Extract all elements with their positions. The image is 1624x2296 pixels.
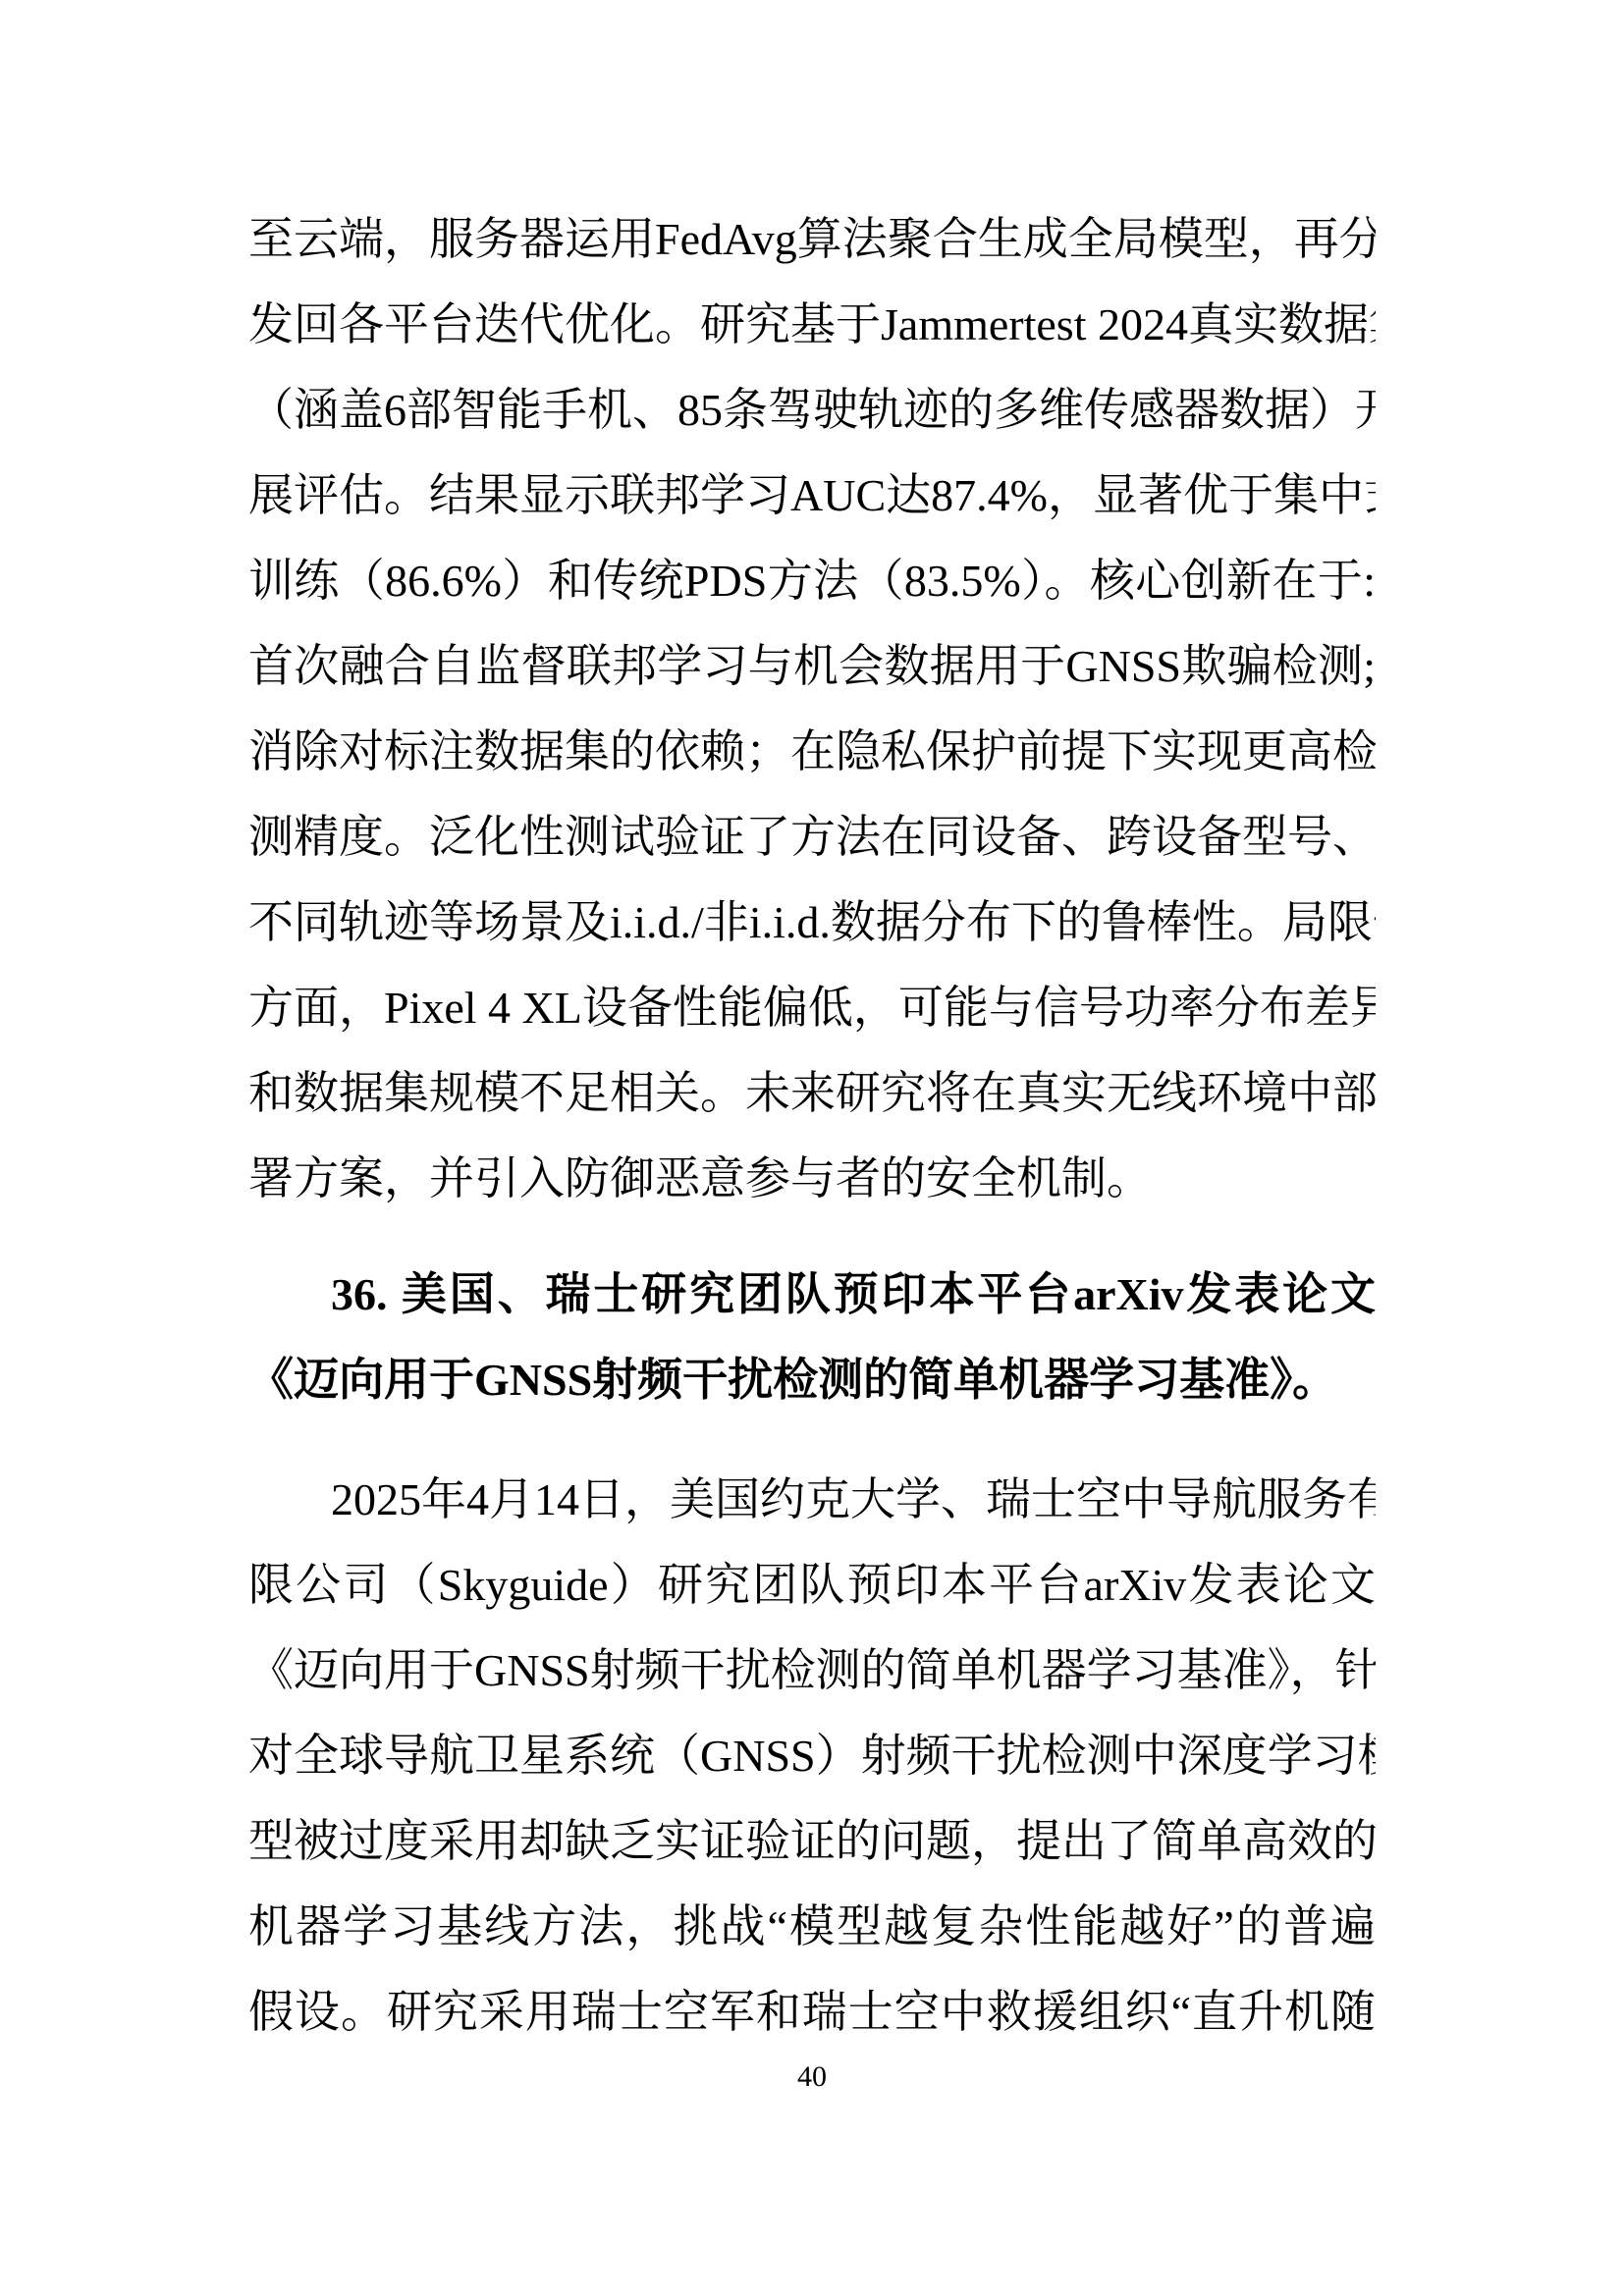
text-line: 至云端，服务器运用FedAvg算法聚合生成全局模型，再分 [248,196,1376,282]
section-heading-36: 36. 美国、瑞士研究团队预印本平台arXiv发表论文 《迈向用于GNSS射频干… [248,1252,1376,1422]
text-line: 署方案，并引入防御恶意参与者的安全机制。 [248,1136,1376,1221]
text-line: 发回各平台迭代优化。研究基于Jammertest 2024真实数据集 [248,282,1376,367]
document-page: 至云端，服务器运用FedAvg算法聚合生成全局模型，再分 发回各平台迭代优化。研… [0,0,1624,2296]
text-line: 训练（86.6%）和传统PDS方法（83.5%）。核心创新在于: [248,538,1376,623]
text-line: 首次融合自监督联邦学习与机会数据用于GNSS欺骗检测; [248,623,1376,709]
page-content: 至云端，服务器运用FedAvg算法聚合生成全局模型，再分 发回各平台迭代优化。研… [248,196,1376,2055]
text-line: 消除对标注数据集的依赖；在隐私保护前提下实现更高检 [248,709,1376,794]
heading-line: 36. 美国、瑞士研究团队预印本平台arXiv发表论文 [248,1252,1376,1337]
page-number: 40 [0,2059,1624,2095]
paragraph-arxiv-gnss-benchmark: 2025年4月14日，美国约克大学、瑞士空中导航服务有 限公司（Skyguide… [248,1457,1376,2055]
text-line: 机器学习基线方法，挑战“模型越复杂性能越好”的普遍 [248,1884,1376,1969]
text-line: 和数据集规模不足相关。未来研究将在真实无线环境中部 [248,1050,1376,1136]
paragraph-federated-learning-summary: 至云端，服务器运用FedAvg算法聚合生成全局模型，再分 发回各平台迭代优化。研… [248,196,1376,1221]
text-line: 测精度。泛化性测试验证了方法在同设备、跨设备型号、 [248,794,1376,880]
text-line: 假设。研究采用瑞士空军和瑞士空中救援组织“直升机随 [248,1969,1376,2055]
text-line: 方面，Pixel 4 XL设备性能偏低，可能与信号功率分布差异 [248,965,1376,1050]
text-line: 不同轨迹等场景及i.i.d./非i.i.d.数据分布下的鲁棒性。局限性 [248,880,1376,965]
text-line: 限公司（Skyguide）研究团队预印本平台arXiv发表论文 [248,1542,1376,1628]
text-line: 对全球导航卫星系统（GNSS）射频干扰检测中深度学习模 [248,1713,1376,1798]
text-line: （涵盖6部智能手机、85条驾驶轨迹的多维传感器数据）开 [248,367,1376,453]
text-line: 2025年4月14日，美国约克大学、瑞士空中导航服务有 [248,1457,1376,1542]
text-line: 展评估。结果显示联邦学习AUC达87.4%，显著优于集中式 [248,453,1376,538]
text-line: 型被过度采用却缺乏实证验证的问题，提出了简单高效的 [248,1798,1376,1884]
text-line: 《迈向用于GNSS射频干扰检测的简单机器学习基准》，针 [248,1628,1376,1713]
heading-line: 《迈向用于GNSS射频干扰检测的简单机器学习基准》。 [248,1337,1376,1422]
